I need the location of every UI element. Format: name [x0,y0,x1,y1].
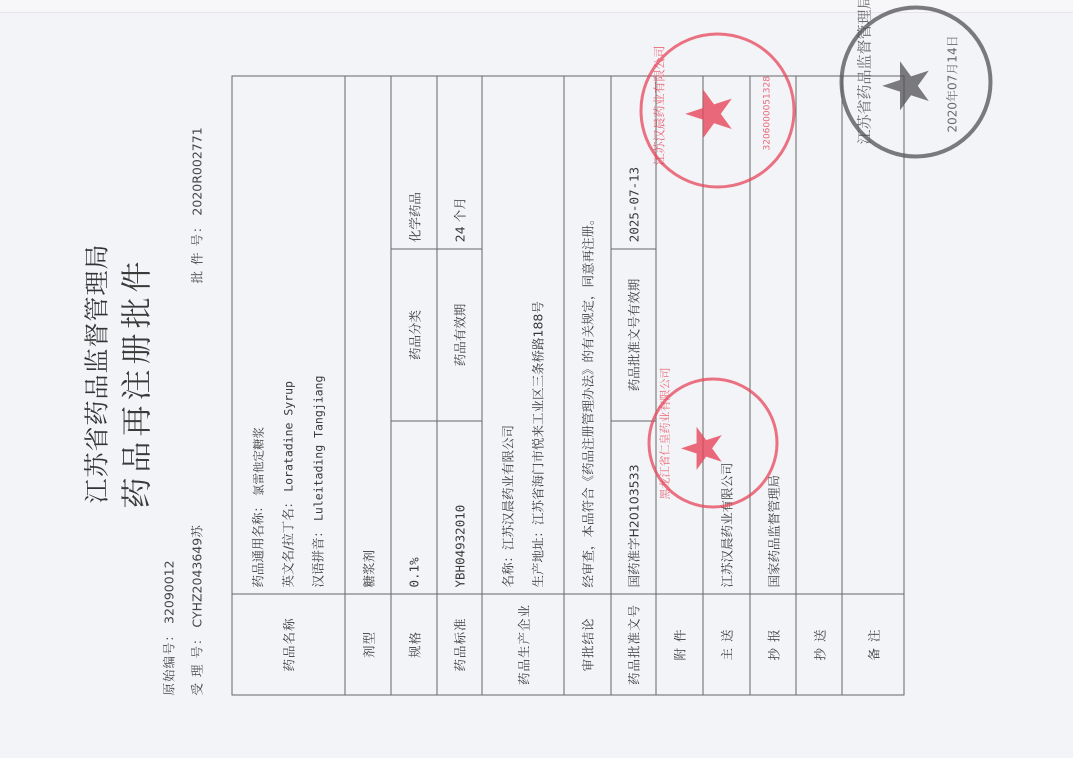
second-company-seal-stamp: ★ 黑龙江省仁皇药业有限公司 [648,378,779,509]
generic-name-label: 药品通用名称： [251,500,266,588]
value-cc [796,76,842,594]
second-seal-text: 黑龙江省仁皇药业有限公司 [657,368,673,500]
label-drug-validity: 药品有效期 [437,249,482,422]
original-number-label: 原始编号： [162,628,177,696]
manufacturer-address: 江苏省海门市悦来工业区三条桥路188号 [530,301,545,525]
value-dosage-form: 糖浆剂 [345,76,391,594]
value-manufacturer: 名称：江苏汉晨药业有限公司 生产地址：江苏省海门市悦来工业区三条桥路188号 [482,76,564,594]
manufacturer-name: 江苏汉晨药业有限公司 [500,425,515,550]
value-specification: 0.1% [391,421,437,594]
label-dosage-form: 剂型 [345,594,391,695]
authority-seal-stamp: ★ 江苏省药品监督管理局 2020年07月14日 [840,6,993,159]
approval-document-number: 批 件 号： 2020R002771 [188,127,206,283]
issuer-title: 江苏省药品监督管理局 [78,243,114,503]
original-number-value: 32090012 [162,560,177,624]
acceptance-number: 受 理 号： CYHZ2043649苏 [188,525,206,695]
label-report-to: 抄 报 [750,594,796,695]
document-title: 药品再注册批件 [112,257,157,509]
original-number: 原始编号： 32090012 [160,560,178,695]
acceptance-number-value: CYHZ2043649苏 [190,525,205,627]
label-cc: 抄 送 [796,594,842,695]
scanned-page: 江苏省药品监督管理局 药品再注册批件 原始编号： 32090012 受 理 号：… [0,0,1073,758]
authority-seal-text: 江苏省药品监督管理局 [854,0,875,145]
row-specification: 规格 0.1% 药品分类 化学药品 [391,76,437,695]
value-drug-class: 化学药品 [391,76,437,249]
authority-seal-date: 2020年07月14日 [944,35,961,132]
label-remarks: 备 注 [842,594,904,695]
row-manufacturer: 药品生产企业 名称：江苏汉晨药业有限公司 生产地址：江苏省海门市悦来工业区三条桥… [482,76,564,695]
acceptance-number-label: 受 理 号： [190,632,205,696]
label-main-recipient: 主 送 [703,594,750,695]
approval-document: 江苏省药品监督管理局 药品再注册批件 原始编号： 32090012 受 理 号：… [0,1,1073,758]
value-conclusion: 经审查，本品符合《药品注册管理办法》的有关规定，同意再注册。 [564,76,611,594]
approval-number-value: 2020R002771 [190,127,205,215]
manufacturer-address-label: 生产地址： [530,525,545,588]
generic-name: 氯雷他定糖浆 [252,427,266,496]
row-dosage-form: 剂型 糖浆剂 [345,76,391,695]
star-icon: ★ [876,57,940,114]
label-approval-number: 药品批准文号 [611,594,656,695]
company-seal-stamp: ★ 江苏汉晨药业有限公司 3206000051328 [640,33,796,189]
company-seal-code: 3206000051328 [763,76,773,150]
row-approval-number: 药品批准文号 国药准字H20103533 药品批准文号有效期 2025-07-1… [611,76,656,695]
registration-table: 药品名称 药品通用名称： 氯雷他定糖浆 英文名/拉丁名： Loratadine … [232,76,905,696]
label-conclusion: 审批结论 [564,594,611,695]
value-drug-validity: 24 个月 [437,76,482,249]
approval-number-label: 批 件 号： [190,220,205,284]
label-drug-class: 药品分类 [391,249,437,422]
row-cc: 抄 送 [796,76,842,695]
label-approval-validity: 药品批准文号有效期 [611,249,656,422]
english-name: Loratadine Syrup [282,381,296,492]
english-name-label: 英文名/拉丁名： [281,496,296,588]
value-drug-name: 药品通用名称： 氯雷他定糖浆 英文名/拉丁名： Loratadine Syrup… [232,76,345,594]
label-standard: 药品标准 [437,594,482,695]
manufacturer-name-label: 名称： [500,550,515,588]
row-conclusion: 审批结论 经审查，本品符合《药品注册管理办法》的有关规定，同意再注册。 [564,76,611,695]
row-remarks: 备 注 [842,76,904,695]
label-attachments: 附 件 [656,594,703,695]
label-drug-name: 药品名称 [232,594,345,695]
row-standard: 药品标准 YBH04932010 药品有效期 24 个月 [437,76,482,695]
pinyin-label: 汉语拼音： [311,525,326,588]
label-specification: 规格 [391,594,437,695]
row-drug-name: 药品名称 药品通用名称： 氯雷他定糖浆 英文名/拉丁名： Loratadine … [232,76,345,695]
label-manufacturer: 药品生产企业 [482,594,564,695]
star-icon: ★ [679,85,743,142]
star-icon: ★ [676,423,732,473]
company-seal-text: 江苏汉晨药业有限公司 [651,45,668,165]
pinyin-name: Luleitading Tangjiang [312,376,326,521]
value-standard: YBH04932010 [437,421,482,594]
